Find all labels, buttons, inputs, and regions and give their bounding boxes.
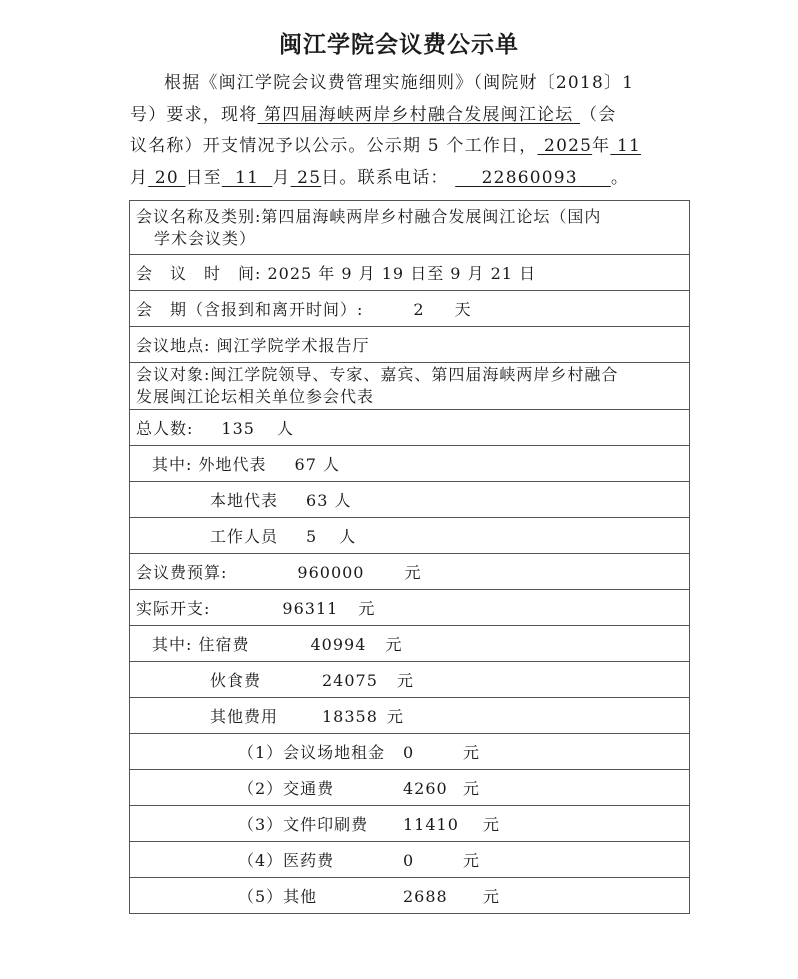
people-breakdown-cell: 本地代表63 人 bbox=[130, 482, 690, 518]
venue-cell: 会议地点: 闽江学院学术报告厅 bbox=[130, 327, 690, 363]
other-expense-cell: （4）医药费0元 bbox=[130, 842, 690, 878]
people-breakdown-cell: 其中: 外地代表67 人 bbox=[130, 446, 690, 482]
table-row-duration: 会 期（含报到和离开时间）:2天 bbox=[130, 291, 690, 327]
people-breakdown-cell: 工作人员5人 bbox=[130, 518, 690, 554]
intro-text: 日至 bbox=[185, 168, 221, 188]
intro-text: 月 bbox=[272, 168, 290, 188]
table-row-other-1: （2）交通费4260元 bbox=[130, 770, 690, 806]
publish-start-month-blank: 11 bbox=[610, 136, 641, 156]
expense-breakdown-cell: 伙食费24075元 bbox=[130, 662, 690, 698]
actual-cell: 实际开支:96311元 bbox=[130, 590, 690, 626]
phone-blank: 22860093 bbox=[455, 168, 611, 188]
intro-line-3: 议名称）开支情况予以公示。公示期 5 个工作日， 2025年 11 bbox=[130, 131, 690, 163]
meeting-time-cell: 会 议 时 间: 2025 年 9 月 19 日至 9 月 21 日 bbox=[130, 255, 690, 291]
table-row-expense-1: 伙食费24075元 bbox=[130, 662, 690, 698]
other-expense-cell: （2）交通费4260元 bbox=[130, 770, 690, 806]
other-expense-cell: （5）其他2688元 bbox=[130, 878, 690, 914]
expense-table: 会议名称及类别:第四届海峡两岸乡村融合发展闽江论坛（国内 学术会议类） 会 议 … bbox=[129, 200, 690, 914]
page-title: 闽江学院会议费公示单 bbox=[0, 26, 798, 59]
intro-text: （会 bbox=[580, 105, 616, 125]
total-people-cell: 总人数:135人 bbox=[130, 410, 690, 446]
intro-line-4: 月 20 日至 11 月 25日。联系电话： 22860093 。 bbox=[130, 163, 690, 195]
intro-text: 。 bbox=[611, 168, 629, 188]
intro-line-2: 号）要求，现将 第四届海峡两岸乡村融合发展闽江论坛 （会 bbox=[130, 100, 690, 132]
intro-text: 议名称）开支情况予以公示。公示期 5 个工作日， bbox=[130, 136, 537, 156]
table-row-other-3: （4）医药费0元 bbox=[130, 842, 690, 878]
intro-text: 年 bbox=[592, 136, 610, 156]
table-row-expense-0: 其中: 住宿费40994元 bbox=[130, 626, 690, 662]
publish-end-month-blank: 11 bbox=[222, 168, 272, 188]
other-expense-cell: （1）会议场地租金0元 bbox=[130, 734, 690, 770]
table-row-people-0: 其中: 外地代表67 人 bbox=[130, 446, 690, 482]
table-row-other-4: （5）其他2688元 bbox=[130, 878, 690, 914]
table-row-people-2: 工作人员5人 bbox=[130, 518, 690, 554]
intro-text: 日。联系电话： bbox=[321, 168, 448, 188]
intro-text: 号）要求，现将 bbox=[130, 105, 257, 125]
table-row-actual: 实际开支:96311元 bbox=[130, 590, 690, 626]
duration-cell: 会 期（含报到和离开时间）:2天 bbox=[130, 291, 690, 327]
table-row-expense-2: 其他费用18358元 bbox=[130, 698, 690, 734]
publish-start-day-blank: 20 bbox=[148, 168, 185, 188]
attendees-cell: 会议对象:闽江学院领导、专家、嘉宾、第四届海峡两岸乡村融合 发展闽江论坛相关单位… bbox=[130, 363, 690, 410]
table-row-meeting-time: 会 议 时 间: 2025 年 9 月 19 日至 9 月 21 日 bbox=[130, 255, 690, 291]
intro-paragraph: 根据《闽江学院会议费管理实施细则》（闽院财〔2018〕1 号）要求，现将 第四届… bbox=[130, 68, 690, 194]
table-row-people-1: 本地代表63 人 bbox=[130, 482, 690, 518]
intro-line-1: 根据《闽江学院会议费管理实施细则》（闽院财〔2018〕1 bbox=[130, 68, 690, 100]
other-expense-cell: （3）文件印刷费11410元 bbox=[130, 806, 690, 842]
budget-cell: 会议费预算:960000元 bbox=[130, 554, 690, 590]
expense-breakdown-cell: 其中: 住宿费40994元 bbox=[130, 626, 690, 662]
table-row-attendees: 会议对象:闽江学院领导、专家、嘉宾、第四届海峡两岸乡村融合 发展闽江论坛相关单位… bbox=[130, 363, 690, 410]
meeting-name-cell: 会议名称及类别:第四届海峡两岸乡村融合发展闽江论坛（国内 学术会议类） bbox=[130, 201, 690, 255]
intro-text: 月 bbox=[130, 168, 148, 188]
table-row-other-2: （3）文件印刷费11410元 bbox=[130, 806, 690, 842]
table-row-budget: 会议费预算:960000元 bbox=[130, 554, 690, 590]
table-row-total-people: 总人数:135人 bbox=[130, 410, 690, 446]
table-row-meeting-name: 会议名称及类别:第四届海峡两岸乡村融合发展闽江论坛（国内 学术会议类） bbox=[130, 201, 690, 255]
table-row-venue: 会议地点: 闽江学院学术报告厅 bbox=[130, 327, 690, 363]
table-row-other-0: （1）会议场地租金0元 bbox=[130, 734, 690, 770]
expense-breakdown-cell: 其他费用18358元 bbox=[130, 698, 690, 734]
publish-year-blank: 2025 bbox=[537, 136, 592, 156]
publish-end-day-blank: 25 bbox=[291, 168, 322, 188]
meeting-name-blank: 第四届海峡两岸乡村融合发展闽江论坛 bbox=[257, 105, 580, 125]
